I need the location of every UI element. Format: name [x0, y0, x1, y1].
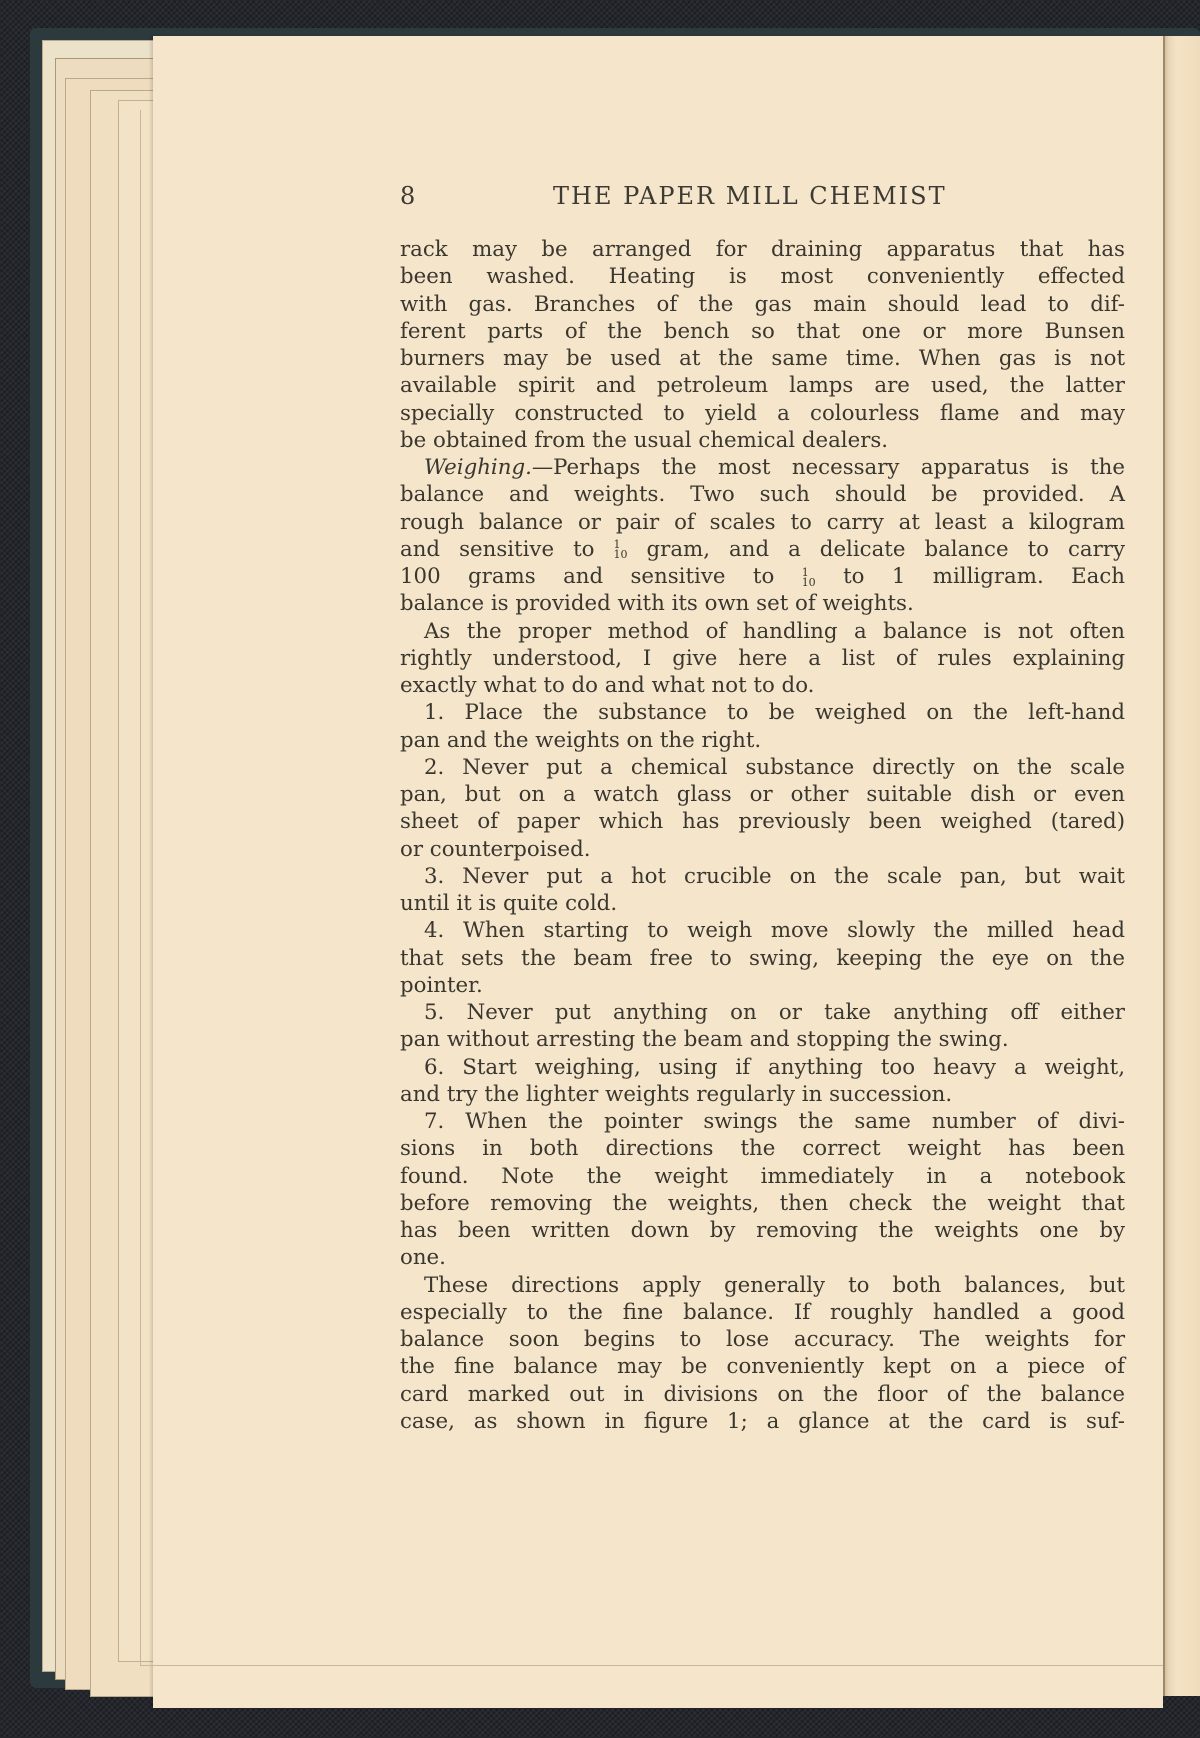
text-line: found. Note the weight immediately in a … [400, 1163, 1125, 1190]
text-line: and try the lighter weights regularly in… [400, 1081, 1125, 1108]
text-line: case, as shown in figure 1; a glance at … [400, 1408, 1125, 1435]
text-line-with-fraction: and sensitive to 110 gram, and a delicat… [400, 536, 1125, 563]
text-line: has been written down by removing the we… [400, 1217, 1125, 1244]
text-line: or counterpoised. [400, 836, 1125, 863]
fraction-one-tenth: 110 [802, 568, 816, 588]
text-line: sheet of paper which has previously been… [400, 808, 1125, 835]
text-line: As the proper method of handling a balan… [400, 618, 1125, 645]
text-line: rack may be arranged for draining appara… [400, 236, 1125, 263]
running-head: 8 THE PAPER MILL CHEMIST [400, 182, 1125, 212]
rule-4: 4. When starting to weigh move slowly th… [400, 917, 1125, 944]
rule-6: 6. Start weighing, using if anything too… [400, 1054, 1125, 1081]
text-line: specially constructed to yield a colourl… [400, 400, 1125, 427]
rule-1: 1. Place the substance to be weighed on … [400, 699, 1125, 726]
rule-7: 7. When the pointer swings the same numb… [400, 1108, 1125, 1135]
text-line: been washed. Heating is most convenientl… [400, 263, 1125, 290]
rule-3: 3. Never put a hot crucible on the scale… [400, 863, 1125, 890]
text-line: exactly what to do and what not to do. [400, 672, 1125, 699]
text-line: rough balance or pair of scales to carry… [400, 509, 1125, 536]
text-fragment: to 1 milligram. Each [843, 564, 1125, 589]
text-line: card marked out in divisions on the floo… [400, 1381, 1125, 1408]
text-line: pan, but on a watch glass or other suita… [400, 781, 1125, 808]
page-gutter [1163, 36, 1200, 1696]
running-title: THE PAPER MILL CHEMIST [553, 182, 947, 210]
text-line: with gas. Branches of the gas main shoul… [400, 291, 1125, 318]
text-fragment: 100 grams and sensitive to [400, 564, 774, 589]
section-heading-weighing: Weighing. [424, 455, 532, 480]
text-line: until it is quite cold. [400, 890, 1125, 917]
text-line: especially to the fine balance. If rough… [400, 1299, 1125, 1326]
text-line: that sets the beam free to swing, keepin… [400, 945, 1125, 972]
page-number: 8 [400, 182, 416, 210]
text-line-with-fraction: 100 grams and sensitive to 110 to 1 mill… [400, 563, 1125, 590]
weighing-paragraph-start: Weighing.—Perhaps the most necessary app… [400, 454, 1125, 481]
text-line: pointer. [400, 972, 1125, 999]
fraction-one-tenth: 110 [614, 540, 628, 560]
gutter-fold [1163, 36, 1165, 1696]
text-line: burners may be used at the same time. Wh… [400, 345, 1125, 372]
text-line: balance soon begins to lose accuracy. Th… [400, 1326, 1125, 1353]
text-fragment: and sensitive to [400, 537, 594, 562]
text-line: before removing the weights, then check … [400, 1190, 1125, 1217]
rule-5: 5. Never put anything on or take anythin… [400, 999, 1125, 1026]
text-line: pan and the weights on the right. [400, 727, 1125, 754]
text-line: balance and weights. Two such should be … [400, 481, 1125, 508]
rule-2: 2. Never put a chemical substance direct… [400, 754, 1125, 781]
text-fragment: gram, and a delicate balance to carry [647, 537, 1125, 562]
text-line: sions in both directions the correct wei… [400, 1135, 1125, 1162]
text-line: one. [400, 1244, 1125, 1271]
text-fragment: —Perhaps the most necessary apparatus is… [532, 455, 1125, 480]
body-text: rack may be arranged for draining appara… [400, 236, 1125, 1435]
text-line: available spirit and petroleum lamps are… [400, 372, 1125, 399]
text-line: ferent parts of the bench so that one or… [400, 318, 1125, 345]
text-line: the fine balance may be conveniently kep… [400, 1353, 1125, 1380]
denominator: 10 [614, 550, 628, 560]
closing-paragraph-start: These directions apply generally to both… [400, 1272, 1125, 1299]
text-line: be obtained from the usual chemical deal… [400, 427, 1125, 454]
text-line: balance is provided with its own set of … [400, 590, 1125, 617]
text-line: rightly understood, I give here a list o… [400, 645, 1125, 672]
denominator: 10 [802, 578, 816, 588]
text-line: pan without arresting the beam and stopp… [400, 1026, 1125, 1053]
